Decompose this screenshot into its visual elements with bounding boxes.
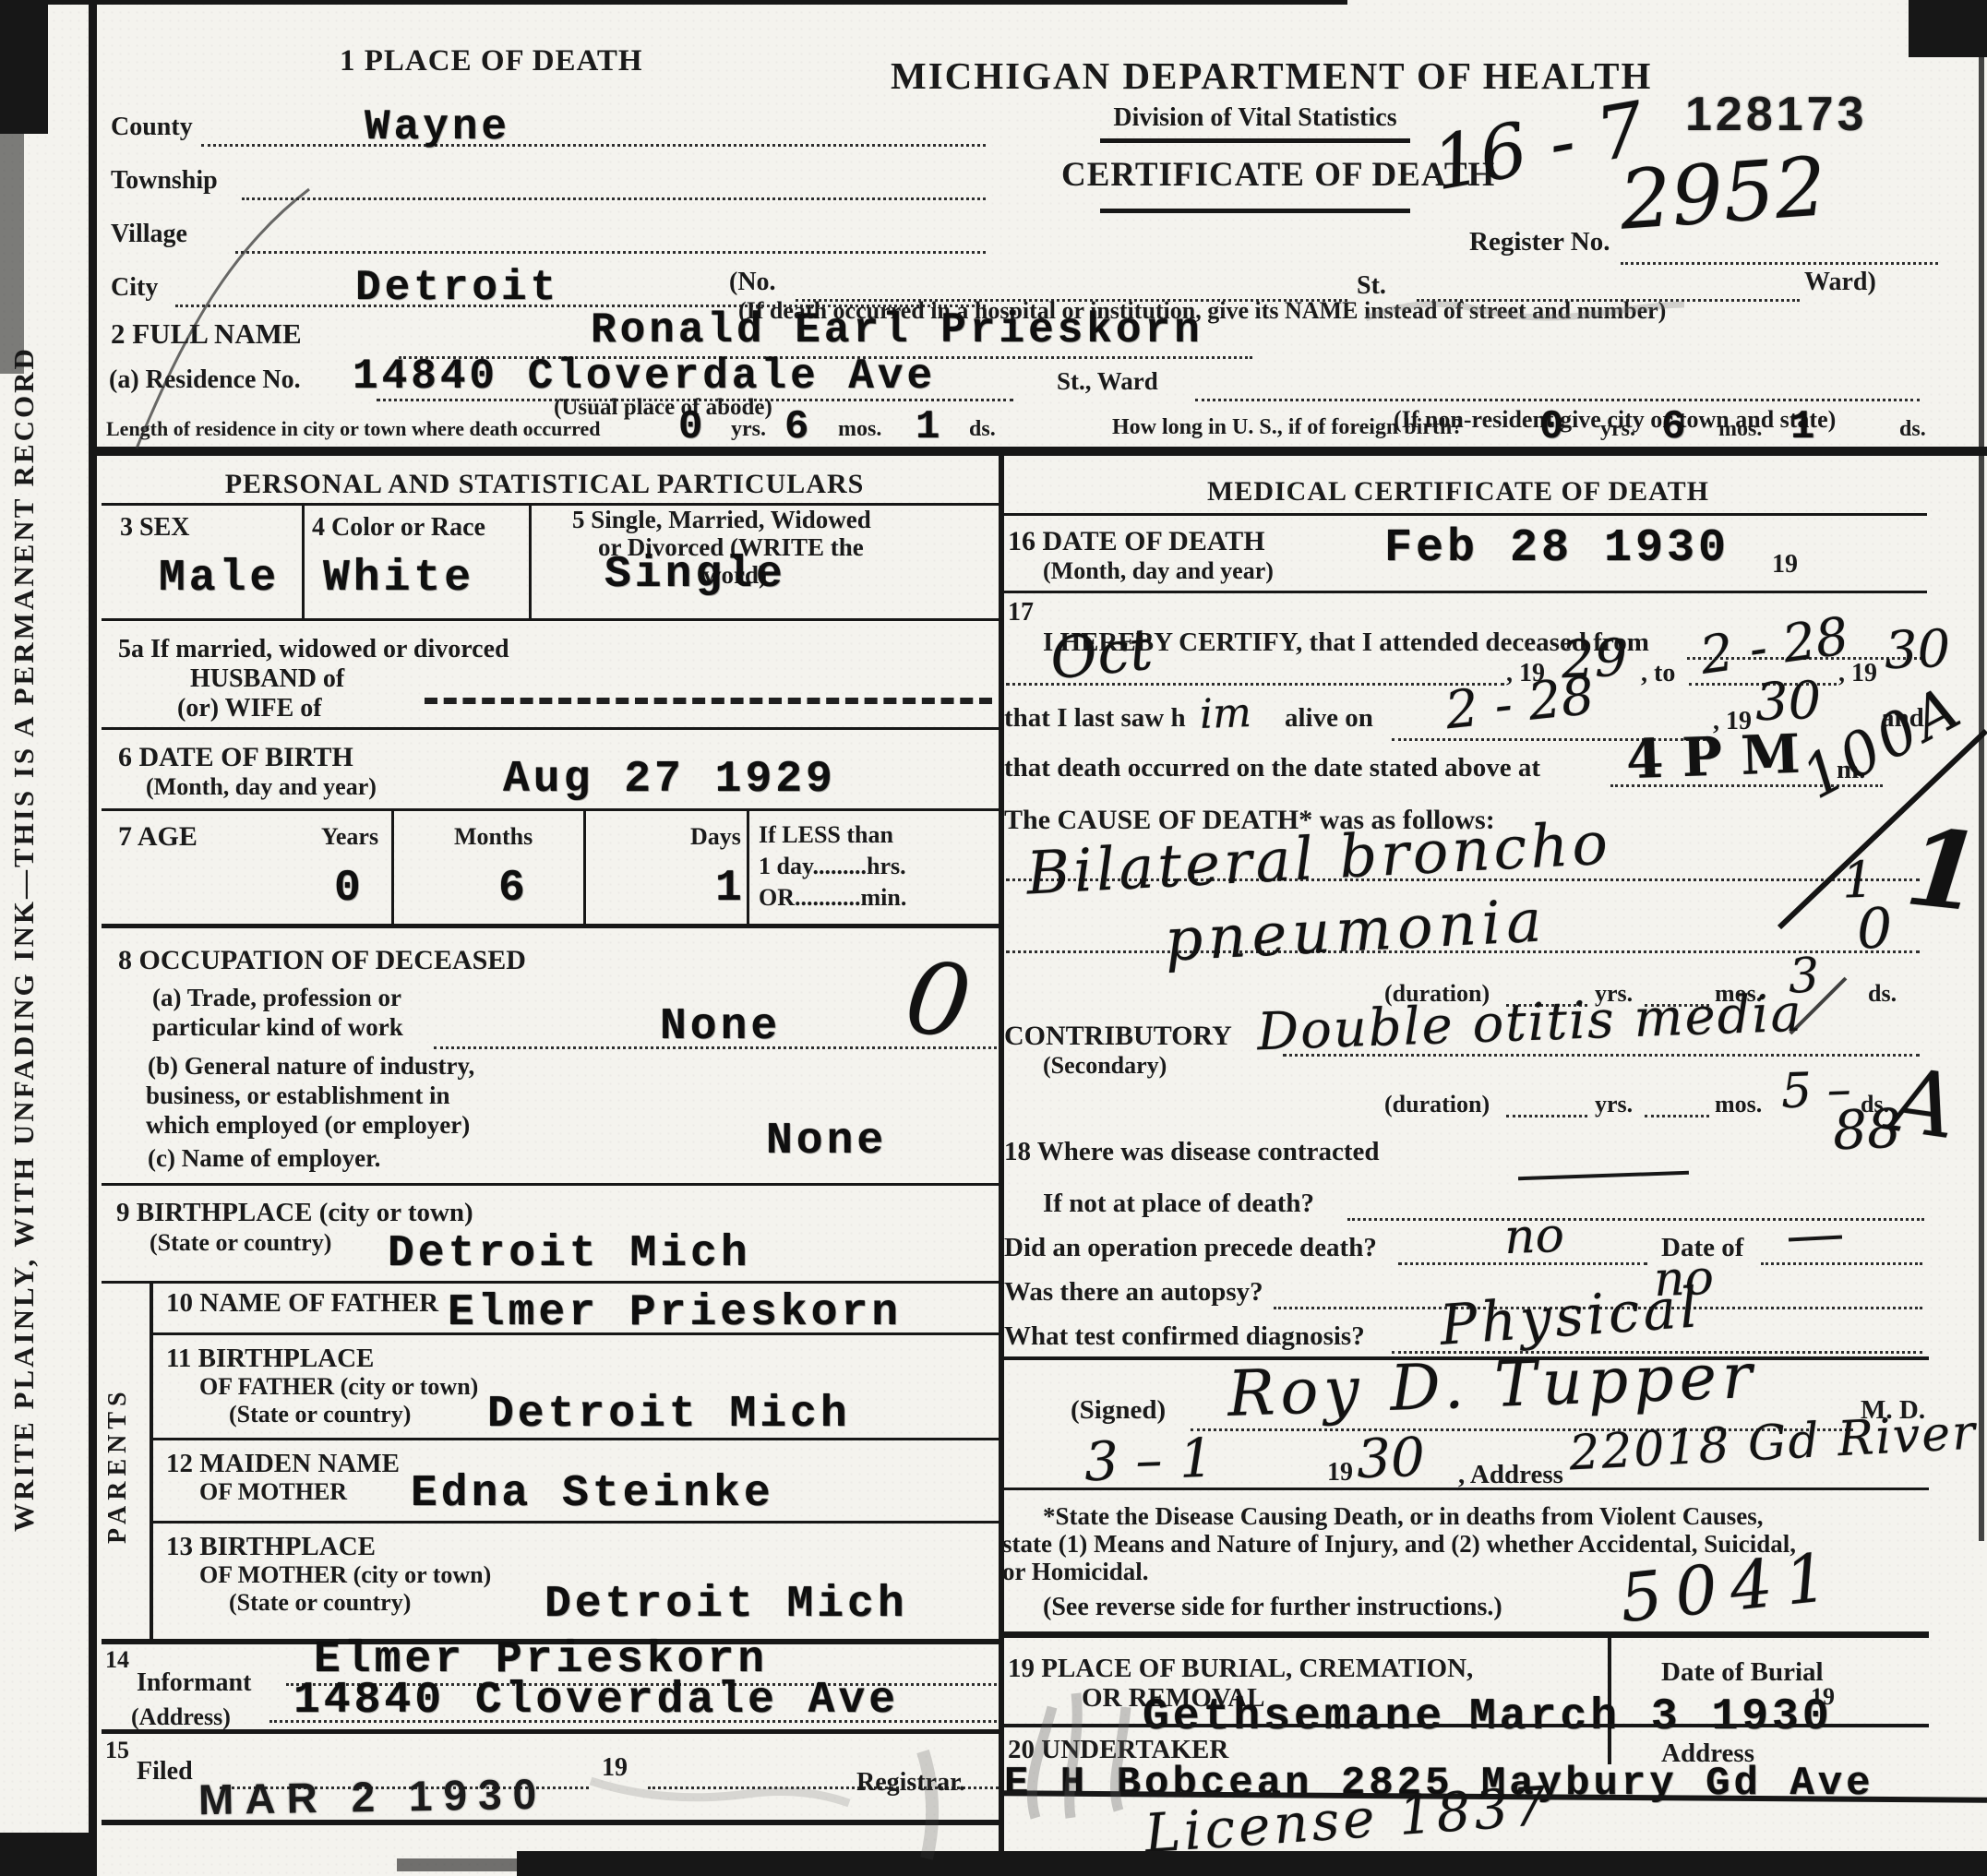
signed-address-label: , Address — [1458, 1460, 1563, 1490]
register-no-handwritten: 2952 — [1617, 138, 1830, 247]
age-cell-border-1 — [391, 810, 394, 924]
top-left-blob-2 — [0, 134, 24, 374]
contributory-label: CONTRIBUTORY — [1004, 1021, 1232, 1052]
mother-border — [153, 1521, 999, 1524]
q18-autopsy-label: Was there an autopsy? — [1004, 1277, 1263, 1308]
mother-label-1: 12 MAIDEN NAME — [166, 1449, 400, 1479]
length-ds-value: 1 — [916, 404, 943, 450]
top-edge-line — [0, 0, 1347, 5]
signed-date-year: 30 — [1356, 1426, 1426, 1491]
occupation-b-label-3: which employed (or employer) — [146, 1111, 470, 1140]
length-mos-value: 6 — [784, 404, 812, 450]
signed-label: (Signed) — [1071, 1395, 1166, 1426]
father-bp-label-3: (State or country) — [229, 1401, 411, 1428]
signature-value: Roy D. Tupper — [1227, 1340, 1759, 1431]
age-cell-border-2 — [583, 810, 586, 924]
length-yrs-label: yrs. — [731, 417, 766, 442]
marital-value: Single — [604, 550, 786, 600]
father-border — [153, 1332, 999, 1335]
top-left-blob — [0, 0, 48, 134]
cause-ds-label: ds. — [1868, 980, 1897, 1008]
no-label: (No. — [729, 268, 776, 297]
q18-op-answer: no — [1503, 1208, 1565, 1265]
signed-date-rule — [1001, 1488, 1929, 1490]
signed-date-value: 3 – 1 — [1083, 1427, 1215, 1494]
cell-border-2 — [529, 505, 532, 618]
certificate-number-stamp: 128173 — [1685, 87, 1868, 142]
informant-border — [102, 1729, 999, 1734]
birthplace-sub-label: (State or country) — [150, 1229, 331, 1257]
race-value: White — [323, 554, 474, 603]
contrib-duration-line-1 — [1506, 1115, 1587, 1117]
age-label: 7 AGE — [118, 821, 198, 853]
mother-bp-value: Detroit Mich — [545, 1580, 908, 1630]
less-than-label-3: OR...........min. — [759, 884, 906, 912]
last-saw-text-1: that I last saw h — [1004, 703, 1186, 734]
ward-label: Ward) — [1804, 268, 1876, 297]
burial-date-label: Date of Burial — [1661, 1657, 1824, 1688]
informant-label: Informant — [137, 1668, 251, 1698]
county-value: Wayne — [365, 103, 510, 151]
occupation-label: 8 OCCUPATION OF DECEASED — [118, 945, 526, 976]
birthplace-value: Detroit Mich — [388, 1229, 751, 1279]
district-code-handwritten: 16 - 7 — [1427, 86, 1651, 208]
age-years-value: 0 — [334, 864, 365, 914]
certify-num: 17 — [1008, 598, 1034, 627]
section-rule — [97, 447, 1987, 456]
dob-value: Aug 27 1929 — [503, 755, 836, 805]
register-no-line — [1621, 262, 1938, 265]
birthplace-label: 9 BIRTHPLACE (city or town) — [116, 1198, 473, 1228]
residence-label: (a) Residence No. — [109, 365, 301, 395]
last-saw-date: 2 - 28 — [1442, 666, 1597, 742]
father-value: Elmer Prieskorn — [448, 1288, 902, 1338]
age-border — [102, 924, 999, 928]
father-bp-label-2: OF FATHER (city or town) — [199, 1373, 478, 1401]
city-label: City — [111, 273, 158, 303]
city-value: Detroit — [355, 264, 559, 312]
contrib-duration-line-2 — [1645, 1115, 1709, 1117]
contrib-duration-label: (duration) — [1384, 1091, 1490, 1118]
occupation-a-value: None — [660, 1002, 781, 1052]
dod-sub-label: (Month, day and year) — [1043, 557, 1274, 585]
q18-label: 18 Where was disease contracted — [1004, 1137, 1379, 1167]
less-than-label-1: If LESS than — [759, 821, 893, 849]
place-of-death-title: 1 PLACE OF DEATH — [340, 44, 643, 78]
q5a-dashed-line — [425, 698, 992, 704]
parents-label: PARENTS — [103, 1287, 148, 1643]
us-length-label: How long in U. S., if of foreign birth? — [1112, 415, 1463, 440]
top-right-blob — [1909, 0, 1987, 57]
reverse-note: (See reverse side for further instructio… — [1043, 1593, 1502, 1622]
us-mos-label: mos. — [1718, 417, 1762, 442]
certificate-rule — [1100, 209, 1410, 213]
father-bp-value: Detroit Mich — [487, 1390, 851, 1440]
marital-label-1: 5 Single, Married, Widowed — [572, 506, 871, 534]
length-ds-label: ds. — [969, 417, 996, 442]
full-name-label: 2 FULL NAME — [111, 317, 302, 351]
birthplace-border — [102, 1281, 999, 1284]
township-line — [242, 197, 986, 200]
medical-title: MEDICAL CERTIFICATE OF DEATH — [1107, 476, 1809, 508]
mother-label-2: OF MOTHER — [199, 1478, 347, 1506]
attended-to-19: , 19 — [1838, 659, 1877, 688]
right-edge-line — [1979, 55, 1984, 1541]
occupation-c-label: (c) Name of employer. — [148, 1144, 380, 1173]
dod-border — [1004, 591, 1927, 593]
contributory-value: Double otitis media — [1256, 984, 1804, 1063]
burial-label-1: 19 PLACE OF BURIAL, CREMATION, — [1008, 1654, 1473, 1684]
informant-address-value: 14840 Cloverdale Ave — [293, 1676, 899, 1726]
mother-value: Edna Steinke — [411, 1469, 774, 1519]
bottom-scan-bar-fade — [397, 1858, 545, 1871]
to-label: , to — [1641, 659, 1675, 688]
township-label: Township — [111, 166, 218, 196]
age-days-value: 1 — [715, 864, 746, 914]
us-mos-value: 6 — [1661, 404, 1689, 450]
date-of-answer-stroke — [1789, 1235, 1842, 1241]
occupation-b-label-2: business, or establishment in — [146, 1081, 450, 1110]
footnote-line-3: or Homicidal. — [1002, 1558, 1149, 1586]
age-cell-border-3 — [747, 810, 749, 924]
left-rule — [89, 0, 97, 1876]
cause-value-2: pneumonia — [1163, 887, 1549, 975]
attended-from-handwritten: Oct — [1047, 615, 1155, 692]
q18-not-line — [1347, 1218, 1924, 1221]
cell-border-1 — [302, 505, 305, 618]
dob-sub-label: (Month, day and year) — [146, 773, 377, 801]
occupation-border — [102, 1183, 999, 1186]
us-yrs-label: yrs. — [1600, 417, 1635, 442]
margin-code-1-big: 1 — [1900, 805, 1987, 937]
personal-title: PERSONAL AND STATISTICAL PARTICULARS — [129, 469, 960, 500]
row5-border — [102, 618, 999, 621]
filed-num: 15 — [105, 1737, 129, 1764]
age-months-value: 6 — [498, 864, 529, 914]
burial-19: 19 — [1811, 1683, 1835, 1711]
length-residence-label: Length of residence in city or town wher… — [106, 417, 600, 441]
signed-date-19: 19 — [1327, 1458, 1353, 1488]
informant-address-label: (Address) — [131, 1703, 231, 1731]
q5a-border — [102, 727, 999, 730]
filed-border — [102, 1820, 999, 1825]
county-line — [201, 144, 986, 147]
contrib-mos-label: mos. — [1715, 1091, 1762, 1118]
department-title: MICHIGAN DEPARTMENT OF HEALTH — [891, 54, 1620, 98]
registrar-label: Registrar. — [856, 1768, 965, 1798]
filed-19: 19 — [602, 1753, 628, 1783]
attended-line — [1006, 683, 1504, 686]
age-years-label: Years — [321, 823, 378, 851]
st-ward-label: St., Ward — [1057, 367, 1158, 396]
dod-value: Feb 28 1930 — [1384, 522, 1730, 575]
burial-top-rule — [1001, 1631, 1929, 1638]
us-ds-value: 1 — [1790, 404, 1818, 450]
q18-not-label: If not at place of death? — [1043, 1189, 1314, 1219]
certificate-title: CERTIFICATE OF DEATH — [1061, 155, 1458, 195]
margin-code-88a: A — [1885, 1048, 1963, 1160]
sex-value: Male — [159, 554, 280, 603]
informant-num: 14 — [105, 1646, 129, 1674]
medical-title-rule — [1004, 513, 1927, 516]
us-yrs-value: 0 — [1539, 404, 1567, 450]
last-saw-text-2: alive on — [1285, 703, 1373, 734]
q18-op-label: Did an operation precede death? — [1004, 1233, 1377, 1263]
mother-bp-label-1: 13 BIRTHPLACE — [166, 1532, 376, 1562]
county-label: County — [111, 113, 193, 142]
q5a-label-1: 5a If married, widowed or divorced — [118, 635, 509, 664]
margin-code-0: 0 — [1856, 896, 1894, 962]
sex-label: 3 SEX — [120, 513, 189, 543]
q5a-label-3: (or) WIFE of — [177, 694, 322, 723]
q18-test-label: What test confirmed diagnosis? — [1004, 1321, 1365, 1352]
division-subtitle: Division of Vital Statistics — [1061, 103, 1449, 133]
father-bp-border — [153, 1438, 999, 1440]
dod-label: 16 DATE OF DEATH — [1008, 526, 1265, 557]
age-days-label: Days — [690, 823, 741, 851]
race-label: 4 Color or Race — [312, 513, 485, 543]
dod-19: 19 — [1772, 550, 1798, 580]
less-than-label-2: 1 day.........hrs. — [759, 853, 906, 880]
village-label: Village — [111, 220, 187, 249]
footnote-line-1: *State the Disease Causing Death, or in … — [1043, 1502, 1764, 1531]
dob-label: 6 DATE OF BIRTH — [118, 742, 353, 773]
father-bp-label-1: 11 BIRTHPLACE — [166, 1344, 374, 1374]
occupation-a-label-2: particular kind of work — [152, 1013, 403, 1042]
occupation-b-label-1: (b) General nature of industry, — [148, 1052, 474, 1081]
residence-value: 14840 Cloverdale Ave — [353, 352, 936, 400]
occupation-a-label-1: (a) Trade, profession or — [152, 984, 401, 1012]
register-no-label: Register No. — [1469, 227, 1610, 257]
informant-address-line — [269, 1720, 997, 1723]
division-rule — [1100, 138, 1410, 143]
st-ward-line — [1195, 399, 1920, 401]
bottom-scan-bar — [517, 1851, 1987, 1876]
age-months-label: Months — [454, 823, 533, 851]
occupation-c-value: None — [766, 1117, 887, 1166]
dob-border — [102, 808, 999, 811]
mother-bp-label-2: OF MOTHER (city or town) — [199, 1561, 491, 1589]
length-mos-label: mos. — [838, 417, 881, 442]
occupation-code-handwritten: 0 — [899, 939, 977, 1062]
father-label: 10 NAME OF FATHER — [166, 1288, 438, 1319]
mother-bp-label-3: (State or country) — [229, 1589, 411, 1617]
filed-label: Filed — [137, 1757, 193, 1786]
burial-date-value: March 3 1930 — [1469, 1692, 1833, 1742]
length-yrs-value: 0 — [678, 404, 706, 450]
full-name-value: Ronald Earl Prieskorn — [591, 306, 1203, 354]
village-line — [235, 251, 986, 254]
contributory-sub-label: (Secondary) — [1043, 1052, 1167, 1080]
burial-border — [1001, 1724, 1929, 1727]
contrib-yrs-label: yrs. — [1595, 1091, 1633, 1118]
date-of-line — [1761, 1262, 1922, 1265]
death-time-value: 4 P M — [1625, 723, 1801, 792]
q18-answer-stroke — [1518, 1171, 1689, 1180]
death-certificate-scan: WRITE PLAINLY, WITH UNFADING INK—THIS IS… — [0, 0, 1987, 1876]
bottom-left-blob — [0, 1833, 92, 1876]
filed-date-stamp: MAR 2 1930 — [198, 1769, 548, 1825]
last-saw-him: im — [1199, 689, 1252, 738]
q5a-label-2: HUSBAND of — [190, 664, 344, 694]
us-ds-label: ds. — [1899, 417, 1926, 442]
death-at-text: that death occurred on the date stated a… — [1004, 753, 1540, 783]
parents-border — [150, 1283, 153, 1641]
